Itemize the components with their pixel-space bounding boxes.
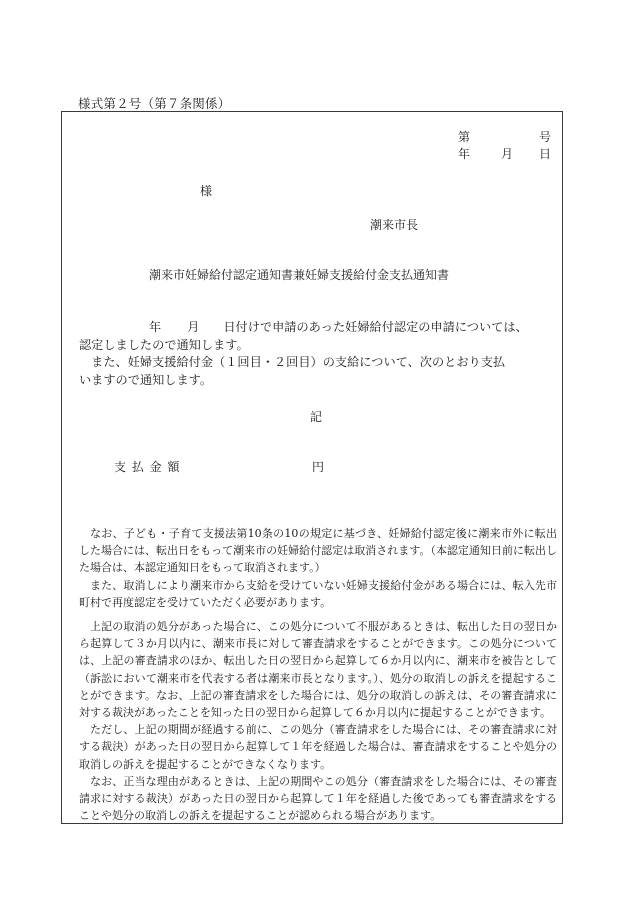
date-month: 月 xyxy=(501,146,513,163)
form-label: 様式第２号（第７条関係） xyxy=(78,94,230,112)
ki-heading: 記 xyxy=(310,409,322,426)
date-year: 年 xyxy=(458,146,470,163)
intro-line1: 日付けで申請のあった妊婦給付認定の申請については、 xyxy=(223,320,527,334)
date-day: 日 xyxy=(539,146,551,163)
issuer: 潮来市長 xyxy=(370,217,418,234)
intro-line2: 認定しましたので通知します。 xyxy=(79,337,561,355)
document-frame: 第 号 年 月 日 様 潮来市長 潮来市妊婦給付認定通知書兼妊婦支援給付金支払通… xyxy=(61,111,563,824)
notice-appeal-paragraph: なお、正当な理由があるときは、上記の期間やこの処分（審査請求をした場合には、その… xyxy=(79,773,557,825)
notice-appeal-paragraph: 上記の取消の処分があった場合に、この処分について不服があるときは、転出した日の翌… xyxy=(79,618,557,721)
intro-paragraph: 年月日付けで申請のあった妊婦給付認定の申請については、 認定しましたので通知しま… xyxy=(79,319,561,389)
intro-line4: いますので通知します。 xyxy=(79,372,561,390)
number-prefix: 第 xyxy=(458,129,470,146)
intro-year: 年 xyxy=(149,320,161,334)
notice-appeal: 上記の取消の処分があった場合に、この処分について不服があるときは、転出した日の翌… xyxy=(79,618,557,824)
notice-transfer-paragraph: なお、子ども・子育て支援法第10条の10の規定に基づき、妊婦給付認定後に潮来市外… xyxy=(79,525,557,577)
intro-month: 月 xyxy=(187,320,199,334)
notice-appeal-paragraph: ただし、上記の期間が経過する前に、この処分（審査請求をした場合には、その審査請求… xyxy=(79,721,557,773)
intro-line3: また、妊婦支援給付金（１回目・２回目）の支給について、次のとおり支払 xyxy=(79,354,561,372)
notice-transfer: なお、子ども・子育て支援法第10条の10の規定に基づき、妊婦給付認定後に潮来市外… xyxy=(79,525,557,611)
addressee-suffix: 様 xyxy=(200,183,212,200)
number-suffix: 号 xyxy=(539,129,551,146)
payment-label: 支 払 金 額 xyxy=(114,459,180,476)
document-title: 潮来市妊婦給付認定通知書兼妊婦支援給付金支払通知書 xyxy=(149,267,449,284)
payment-unit: 円 xyxy=(312,459,324,476)
notice-transfer-paragraph: また、取消しにより潮来市から支給を受けていない妊婦支援給付金がある場合には、転入… xyxy=(79,577,557,611)
